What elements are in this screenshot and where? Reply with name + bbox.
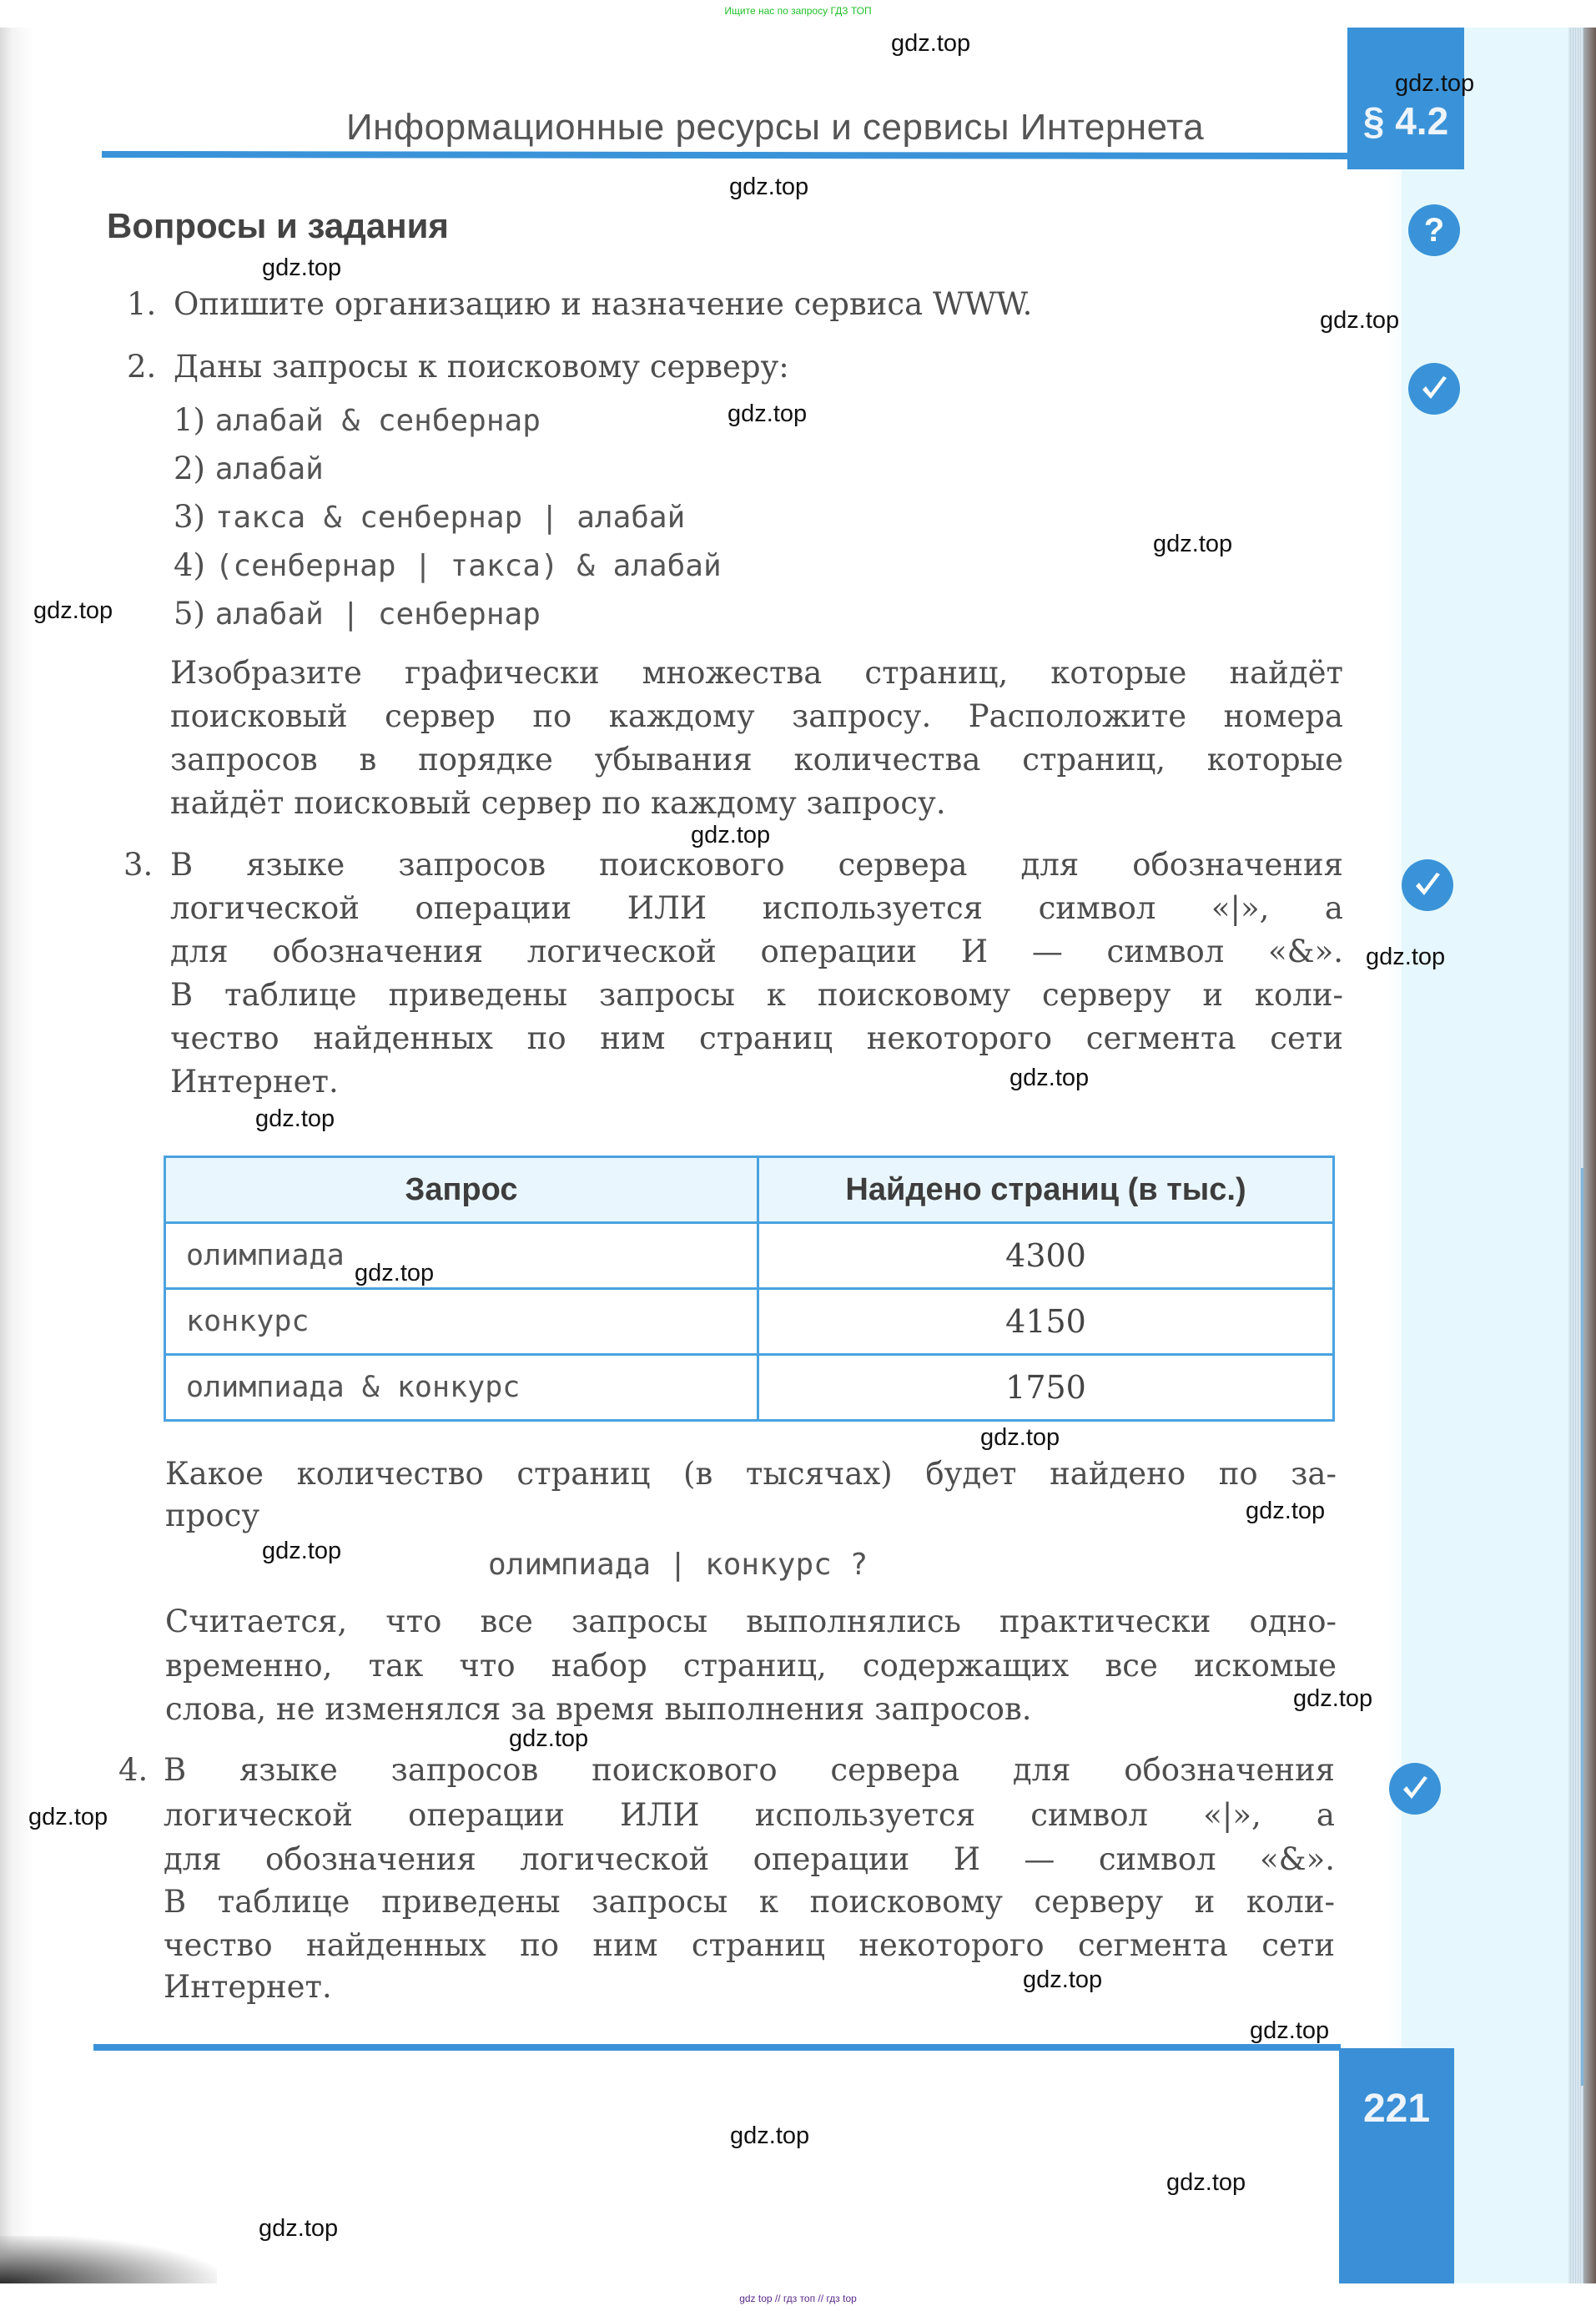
watermark: gdz.top <box>1153 531 1232 558</box>
query-text: алабай | сенбернар <box>215 597 541 632</box>
count-cell: 4300 <box>758 1223 1334 1289</box>
watermark: gdz.top <box>1166 2169 1246 2197</box>
watermark: gdz.top <box>1250 2017 1329 2045</box>
query-text: (сенбернар | такса) & алабай <box>215 549 722 583</box>
task-line: найдёт поисковый сервер по каждому запро… <box>170 785 946 821</box>
column-header-query: Запрос <box>165 1157 758 1223</box>
question-number: 1. <box>127 286 156 322</box>
q3-note-line: временно, так что набор страниц, содержа… <box>165 1648 1337 1684</box>
watermark: gdz.top <box>1320 307 1399 335</box>
check-icon <box>1389 1763 1441 1815</box>
watermark: gdz.top <box>509 1725 588 1753</box>
svg-text:?: ? <box>1424 212 1444 249</box>
question-number: 2. <box>127 349 156 385</box>
q4-line: Интернет. <box>164 1969 332 2005</box>
query-text: алабай & сенбернар <box>215 404 541 438</box>
watermark: gdz.top <box>1395 70 1474 98</box>
q4-line: чество найденных по ним страниц некоторо… <box>164 1927 1335 1963</box>
question-1-text: Опишите организацию и назначение сервиса… <box>174 286 1032 322</box>
q3-line: Интернет. <box>170 1064 339 1100</box>
watermark: gdz.top <box>1246 1498 1325 1525</box>
watermark: gdz.top <box>355 1260 434 1287</box>
question-icon: ? <box>1408 204 1460 256</box>
page-shadow <box>0 2236 217 2283</box>
query-cell: конкурс <box>165 1289 758 1355</box>
query-item: 4) (сенбернар | такса) & алабай <box>174 547 722 583</box>
question-number: 3. <box>123 847 153 883</box>
task-line: поисковый сервер по каждому запросу. Рас… <box>170 698 1343 734</box>
watermark: gdz.top <box>28 1804 108 1831</box>
query-item: 3) такса & сенбернар | алабай <box>174 499 685 535</box>
q3-line: для обозначения логической операции И — … <box>170 934 1343 969</box>
question-2-intro: Даны запросы к поисковому серверу: <box>174 349 789 385</box>
query-index: 2) <box>174 451 205 486</box>
query-index: 1) <box>174 402 205 438</box>
page-edge-line <box>1581 1168 1583 2086</box>
watermark: gdz.top <box>980 1424 1060 1452</box>
query-cell: олимпиада <box>165 1223 758 1289</box>
query-results-table: Запрос Найдено страниц (в тыс.) олимпиад… <box>164 1155 1335 1422</box>
footer-divider <box>93 2044 1341 2051</box>
table-row: олимпиада 4300 <box>165 1223 1334 1289</box>
watermark: gdz.top <box>729 174 808 201</box>
check-icon <box>1402 859 1453 911</box>
watermark: gdz.top <box>1009 1065 1089 1092</box>
query-text: такса & сенбернар | алабай <box>215 501 686 535</box>
watermark: gdz.top <box>1293 1685 1372 1713</box>
column-header-count: Найдено страниц (в тыс.) <box>758 1157 1334 1223</box>
watermark: gdz.top <box>891 30 970 58</box>
watermark: gdz.top <box>33 597 113 625</box>
page-number: 221 <box>1339 2086 1454 2132</box>
q3-question-line: просу <box>165 1498 259 1533</box>
watermark: gdz.top <box>691 822 770 849</box>
task-line: запросов в порядке убывания количества с… <box>170 742 1343 778</box>
chapter-title: Информационные ресурсы и сервисы Интерне… <box>346 107 1204 149</box>
query-cell: олимпиада & конкурс <box>165 1355 758 1421</box>
count-cell: 1750 <box>758 1355 1334 1421</box>
q4-line: логической операции ИЛИ используется сим… <box>164 1797 1335 1833</box>
query-item: 2) алабай <box>174 451 324 486</box>
table-row: конкурс 4150 <box>165 1289 1334 1355</box>
q3-note-line: слова, не изменялся за время выполнения … <box>165 1691 1032 1727</box>
count-cell: 4150 <box>758 1289 1334 1355</box>
question-number: 4. <box>118 1752 148 1788</box>
q3-line: В таблице приведены запросы к поисковому… <box>170 977 1343 1013</box>
watermark: gdz.top <box>262 1538 341 1565</box>
watermark: gdz.top <box>728 400 807 428</box>
watermark: gdz.top <box>1023 1966 1102 1994</box>
task-line: Изобразите графически множества страниц,… <box>170 655 1343 691</box>
query-index: 4) <box>174 547 205 583</box>
query-item: 5) алабай | сенбернар <box>174 596 541 632</box>
q3-line: В языке запросов поискового сервера для … <box>170 847 1343 883</box>
q3-note-line: Считается, что все запросы выполнялись п… <box>165 1604 1337 1639</box>
table-header-row: Запрос Найдено страниц (в тыс.) <box>165 1157 1334 1223</box>
section-number: § 4.2 <box>1347 98 1464 143</box>
top-watermark-banner: Ищите нас по запросу ГДЗ ТОП <box>0 5 1596 17</box>
bottom-watermark-banner: gdz top // гдз топ // гдз top <box>0 2293 1596 2304</box>
query-text: алабай <box>215 452 324 486</box>
q3-question-line: Какое количество страниц (в тысячах) буд… <box>165 1456 1337 1492</box>
q3-line: логической операции ИЛИ используется сим… <box>170 890 1343 926</box>
query-index: 5) <box>174 596 205 632</box>
watermark: gdz.top <box>255 1105 335 1133</box>
check-icon <box>1408 363 1460 415</box>
watermark: gdz.top <box>1366 944 1445 971</box>
watermark: gdz.top <box>262 254 341 282</box>
watermark: gdz.top <box>730 2122 809 2150</box>
q4-line: В языке запросов поискового сервера для … <box>164 1752 1335 1788</box>
q4-line: для обозначения логической операции И — … <box>164 1841 1335 1877</box>
watermark: gdz.top <box>259 2215 338 2243</box>
query-index: 3) <box>174 499 205 535</box>
page-number-badge <box>1339 2048 1454 2283</box>
q3-line: чество найденных по ним страниц некоторо… <box>170 1020 1343 1056</box>
target-query: олимпиада | конкурс ? <box>488 1548 868 1582</box>
q4-line: В таблице приведены запросы к поисковому… <box>164 1884 1335 1920</box>
query-item: 1) алабай & сенбернар <box>174 402 541 438</box>
section-heading: Вопросы и задания <box>107 206 449 246</box>
table-row: олимпиада & конкурс 1750 <box>165 1355 1334 1421</box>
